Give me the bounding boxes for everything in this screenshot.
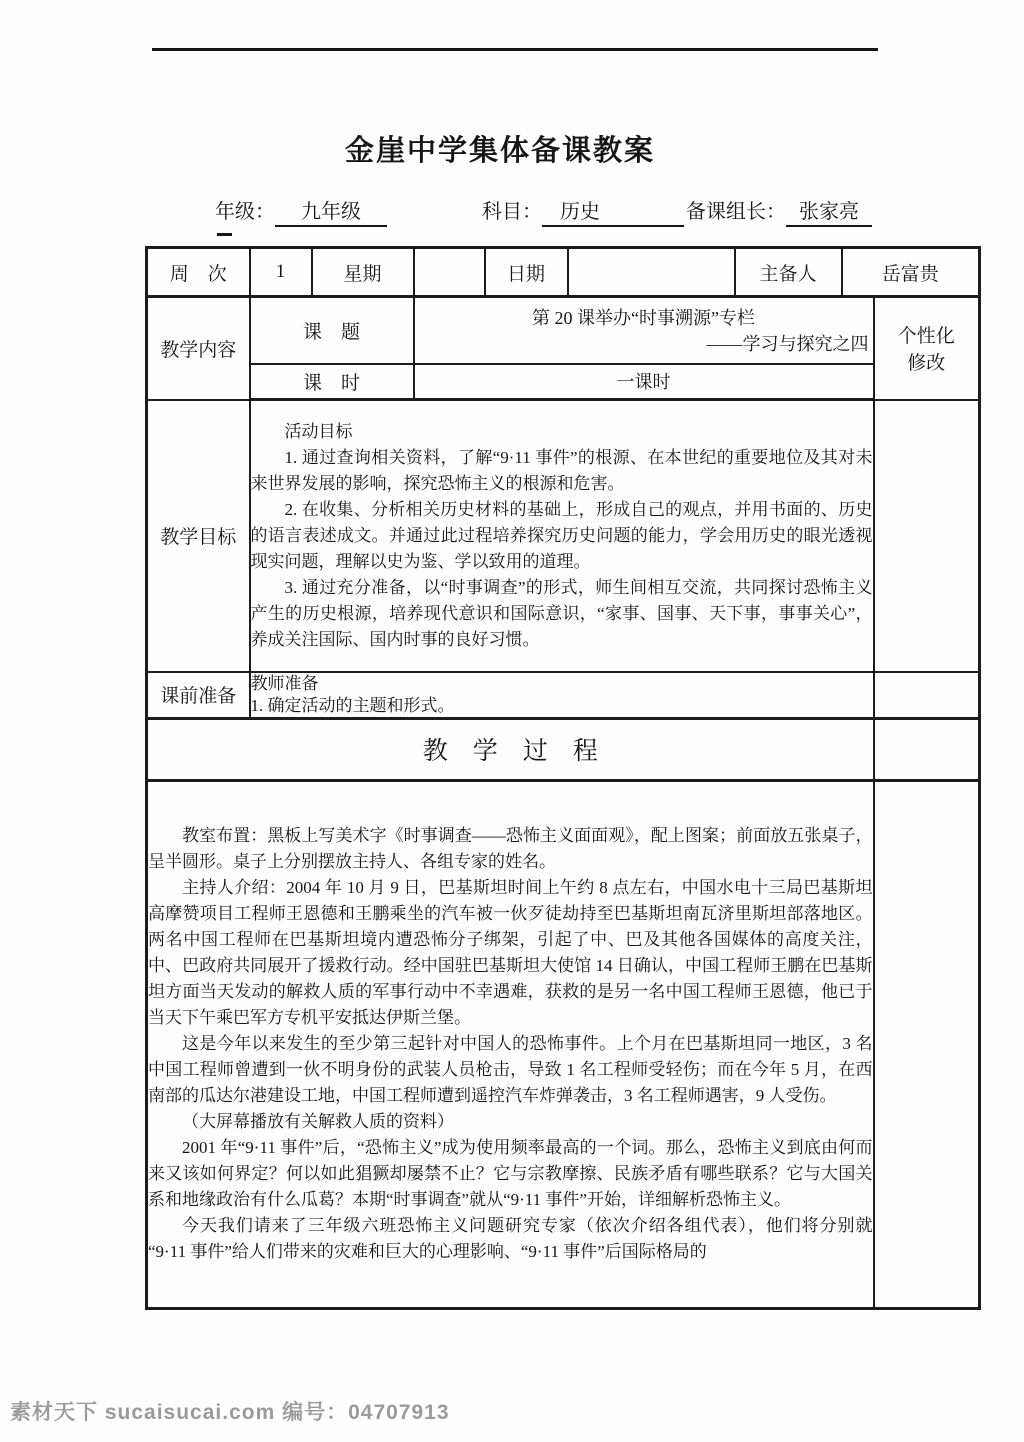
body-paragraph: 2001 年“9·11 事件”后，“恐怖主义”成为使用频率最高的一个词。那么，恐… — [148, 1135, 873, 1213]
grade-value: 九年级 — [275, 195, 387, 227]
process-header: 教 学 过 程 — [147, 718, 874, 780]
personalized-edit-line1: 个性化 — [875, 321, 979, 348]
week-label: 周 次 — [147, 248, 250, 297]
document-title: 金崖中学集体备课教案 — [0, 128, 1000, 169]
personalized-edit-cell-prep — [874, 672, 980, 719]
teaching-goals-content: 活动目标 1. 通过查询相关资料，了解“9·11 事件”的根源、在本世纪的重要地… — [250, 400, 874, 672]
topic-label: 课 题 — [250, 297, 414, 364]
body-paragraph: （大屏幕播放有关解救人质的资料） — [148, 1109, 873, 1135]
topic-row: 教学内容 课 题 第 20 课举办“时事溯源”专栏 ——学习与探究之四 个性化 … — [147, 297, 980, 364]
date-label: 日期 — [485, 248, 568, 297]
period-label: 课 时 — [250, 364, 414, 400]
subject-value: 历史 — [542, 195, 684, 227]
topic-value: 第 20 课举办“时事溯源”专栏 ——学习与探究之四 — [414, 297, 874, 364]
personalized-edit-line2: 修改 — [875, 348, 979, 375]
body-paragraph: 这是今年以来发生的至少第三起针对中国人的恐怖事件。上个月在巴基斯坦同一地区，3 … — [148, 1031, 873, 1109]
process-body: 教室布置：黑板上写美术字《时事调查——恐怖主义面面观》，配上图案；前面放五张桌子… — [147, 780, 874, 1308]
teaching-goals-label: 教学目标 — [147, 400, 250, 672]
period-value: 一课时 — [414, 364, 874, 400]
info-row: 周 次 1 星期 日期 主备人 岳富贵 — [147, 248, 980, 297]
grade-field: 年级：九年级 — [215, 195, 387, 227]
group-leader-field: 备课组长：张家亮 — [686, 195, 872, 227]
underline-continuation-mark — [217, 233, 232, 236]
weekday-label: 星期 — [312, 248, 414, 297]
body-paragraph: 今天我们请来了三年级六班恐怖主义问题研究专家（依次介绍各组代表），他们将分别就“… — [148, 1213, 873, 1265]
personalized-edit-cell-goals — [874, 400, 980, 672]
pre-class-prep-row: 课前准备 教师准备 1. 确定活动的主题和形式。 — [147, 672, 980, 719]
lead-preparer-value: 岳富贵 — [842, 248, 980, 297]
body-paragraph: 教室布置：黑板上写美术字《时事调查——恐怖主义面面观》，配上图案；前面放五张桌子… — [148, 823, 873, 875]
pre-class-prep-content: 教师准备 1. 确定活动的主题和形式。 — [250, 672, 874, 719]
personalized-edit-cell-body — [874, 780, 980, 1308]
goal-item-1: 1. 通过查询相关资料，了解“9·11 事件”的根源、在本世纪的重要地位及其对未… — [251, 445, 873, 497]
group-leader-value: 张家亮 — [786, 195, 872, 227]
week-value: 1 — [250, 248, 312, 297]
header-rule — [152, 48, 878, 51]
prep-line1: 教师准备 — [251, 673, 873, 695]
watermark-text: 素材天下 sucaisucai.com 编号：04707913 — [10, 1396, 450, 1426]
goal-item-3: 3. 通过充分准备，以“时事调查”的形式，师生间相互交流，共同探讨恐怖主义产生的… — [251, 575, 873, 653]
topic-line2: ——学习与探究之四 — [415, 330, 873, 356]
date-value — [568, 248, 735, 297]
body-paragraph: 主持人介绍：2004 年 10 月 9 日，巴基斯坦时间上午约 8 点左右，中国… — [148, 875, 873, 1031]
topic-line1: 第 20 课举办“时事溯源”专栏 — [415, 304, 873, 330]
grade-label: 年级： — [215, 201, 275, 223]
process-header-row: 教 学 过 程 — [147, 718, 980, 780]
group-leader-label: 备课组长： — [686, 201, 786, 223]
personalized-edit-cell-process-header — [874, 718, 980, 780]
lesson-plan-page: 金崖中学集体备课教案 年级：九年级 科目：历史 备课组长：张家亮 周 次 1 星… — [0, 0, 1024, 1442]
lesson-plan-table: 周 次 1 星期 日期 主备人 岳富贵 教学内容 课 题 第 20 课举办“时事… — [145, 246, 981, 1310]
goal-item-2: 2. 在收集、分析相关历史材料的基础上，形成自己的观点，并用书面的、历史的语言表… — [251, 497, 873, 575]
teaching-goals-row: 教学目标 活动目标 1. 通过查询相关资料，了解“9·11 事件”的根源、在本世… — [147, 400, 980, 672]
weekday-value — [414, 248, 485, 297]
subject-label: 科目： — [482, 201, 542, 223]
prep-line2: 1. 确定活动的主题和形式。 — [251, 695, 873, 717]
lead-preparer-label: 主备人 — [735, 248, 842, 297]
goals-heading: 活动目标 — [251, 419, 873, 445]
pre-class-prep-label: 课前准备 — [147, 672, 250, 719]
subject-field: 科目：历史 — [482, 195, 684, 227]
teaching-content-label: 教学内容 — [147, 297, 250, 400]
personalized-edit-header: 个性化 修改 — [874, 297, 980, 400]
period-row: 课 时 一课时 — [147, 364, 980, 400]
process-body-row: 教室布置：黑板上写美术字《时事调查——恐怖主义面面观》，配上图案；前面放五张桌子… — [147, 780, 980, 1308]
